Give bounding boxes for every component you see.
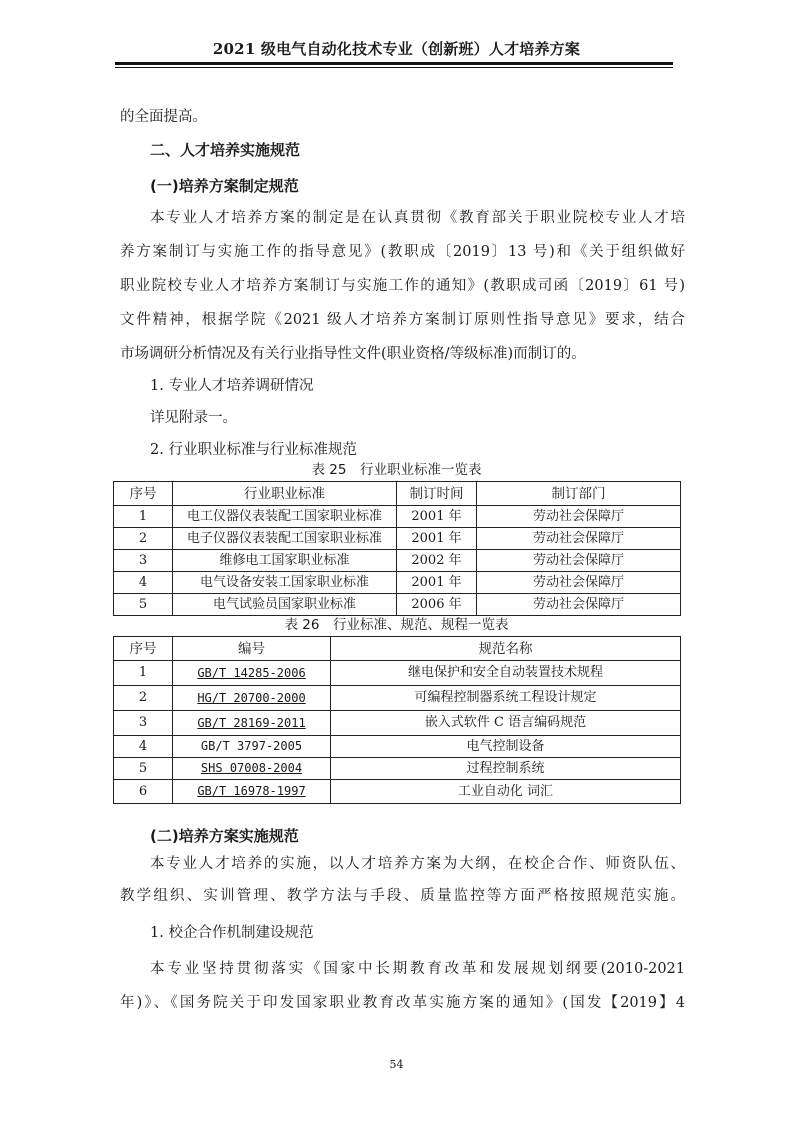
subsection-heading: (二)培养方案实施规范 bbox=[150, 826, 299, 846]
table-cell: 电工仪器仪表装配工国家职业标准 bbox=[173, 506, 397, 528]
table-cell: 继电保护和安全自动装置技术规程 bbox=[331, 661, 681, 686]
table-cell: 电气设备安装工国家职业标准 bbox=[173, 572, 397, 594]
standard-code[interactable]: GB/T 16978-1997 bbox=[197, 784, 305, 798]
list-item-heading: 2. 行业职业标准与行业标准规范 bbox=[150, 440, 357, 460]
subsection-heading: (一)培养方案制定规范 bbox=[150, 176, 299, 196]
table-row: 4 电气设备安装工国家职业标准 2001 年 劳动社会保障厅 bbox=[114, 572, 681, 594]
table-row: 2 电子仪器仪表装配工国家职业标准 2001 年 劳动社会保障厅 bbox=[114, 528, 681, 550]
paragraph-line: 养方案制订与实施工作的指导意见》(教职成〔2019〕13 号)和《关于组织做好 bbox=[120, 242, 685, 262]
table-row: 3 维修电工国家职业标准 2002 年 劳动社会保障厅 bbox=[114, 550, 681, 572]
list-item-heading: 1. 专业人才培养调研情况 bbox=[150, 376, 313, 396]
paragraph-line: 年)》、《国务院关于印发国家职业教育改革实施方案的通知》(国发【2019】4 bbox=[120, 993, 685, 1013]
standard-code-link[interactable]: HG/T 20700-2000 bbox=[173, 686, 331, 711]
table-row: 6 GB/T 16978-1997 工业自动化 词汇 bbox=[114, 780, 681, 804]
column-header: 序号 bbox=[114, 637, 173, 661]
table-cell: 嵌入式软件 C 语言编码规范 bbox=[331, 711, 681, 736]
paragraph-line: 本专业人才培养的实施，以人才培养方案为大纲，在校企合作、师资队伍、 bbox=[150, 854, 685, 874]
header-rule bbox=[115, 62, 673, 65]
table-cell: 维修电工国家职业标准 bbox=[173, 550, 397, 572]
table-row: 4 GB/T 3797-2005 电气控制设备 bbox=[114, 736, 681, 758]
table-cell: 劳动社会保障厅 bbox=[477, 506, 681, 528]
header-rule-thin bbox=[115, 67, 673, 68]
column-header: 规范名称 bbox=[331, 637, 681, 661]
standard-code[interactable]: HG/T 20700-2000 bbox=[197, 691, 305, 705]
column-header: 编号 bbox=[173, 637, 331, 661]
table-cell: 2002 年 bbox=[397, 550, 477, 572]
table-cell: 电气控制设备 bbox=[331, 736, 681, 758]
table-cell: 2006 年 bbox=[397, 594, 477, 616]
table-cell: 2001 年 bbox=[397, 572, 477, 594]
column-header: 制订部门 bbox=[477, 482, 681, 506]
table-cell: 4 bbox=[114, 572, 173, 594]
table-cell: 劳动社会保障厅 bbox=[477, 594, 681, 616]
column-header: 序号 bbox=[114, 482, 173, 506]
table-cell: GB/T 3797-2005 bbox=[173, 736, 331, 758]
paragraph-line: 市场调研分析情况及有关行业指导性文件(职业资格/等级标准)而制订的。 bbox=[120, 344, 685, 364]
table-cell: 劳动社会保障厅 bbox=[477, 550, 681, 572]
column-header: 行业职业标准 bbox=[173, 482, 397, 506]
table-row: 2 HG/T 20700-2000 可编程控制器系统工程设计规定 bbox=[114, 686, 681, 711]
standard-code[interactable]: SHS 07008-2004 bbox=[201, 761, 302, 775]
standard-code: GB/T 3797-2005 bbox=[201, 739, 302, 753]
industry-norms-table: 序号 编号 规范名称 1 GB/T 14285-2006 继电保护和安全自动装置… bbox=[113, 636, 681, 804]
table-row: 1 GB/T 14285-2006 继电保护和安全自动装置技术规程 bbox=[114, 661, 681, 686]
table-caption: 表 25 行业职业标准一览表 bbox=[0, 461, 793, 479]
standard-code-link[interactable]: GB/T 28169-2011 bbox=[173, 711, 331, 736]
occupational-standards-table: 序号 行业职业标准 制订时间 制订部门 1 电工仪器仪表装配工国家职业标准 20… bbox=[113, 481, 681, 616]
table-cell: 4 bbox=[114, 736, 173, 758]
table-cell: 过程控制系统 bbox=[331, 758, 681, 780]
page-number: 54 bbox=[0, 1058, 793, 1071]
table-cell: 2 bbox=[114, 528, 173, 550]
standard-code-link[interactable]: GB/T 14285-2006 bbox=[173, 661, 331, 686]
list-item-heading: 1. 校企合作机制建设规范 bbox=[150, 923, 313, 943]
table-cell: 5 bbox=[114, 758, 173, 780]
table-header-row: 序号 行业职业标准 制订时间 制订部门 bbox=[114, 482, 681, 506]
table-cell: 2 bbox=[114, 686, 173, 711]
table-cell: 3 bbox=[114, 550, 173, 572]
standard-code-link[interactable]: SHS 07008-2004 bbox=[173, 758, 331, 780]
table-cell: 1 bbox=[114, 506, 173, 528]
table-cell: 3 bbox=[114, 711, 173, 736]
table-cell: 劳动社会保障厅 bbox=[477, 528, 681, 550]
table-cell: 2001 年 bbox=[397, 528, 477, 550]
standard-code-link[interactable]: GB/T 16978-1997 bbox=[173, 780, 331, 804]
table-row: 3 GB/T 28169-2011 嵌入式软件 C 语言编码规范 bbox=[114, 711, 681, 736]
section-heading: 二、人才培养实施规范 bbox=[150, 140, 300, 160]
table-cell: 5 bbox=[114, 594, 173, 616]
table-cell: 工业自动化 词汇 bbox=[331, 780, 681, 804]
table-cell: 电子仪器仪表装配工国家职业标准 bbox=[173, 528, 397, 550]
table-cell: 6 bbox=[114, 780, 173, 804]
column-header: 制订时间 bbox=[397, 482, 477, 506]
page-header-title: 2021 级电气自动化技术专业（创新班）人才培养方案 bbox=[0, 38, 793, 59]
table-row: 5 SHS 07008-2004 过程控制系统 bbox=[114, 758, 681, 780]
continuation-text: 的全面提高。 bbox=[120, 107, 685, 127]
table-cell: 可编程控制器系统工程设计规定 bbox=[331, 686, 681, 711]
paragraph-line: 本专业人才培养方案的制定是在认真贯彻《教育部关于职业院校专业人才培 bbox=[150, 208, 685, 228]
paragraph-line: 本专业坚持贯彻落实《国家中长期教育改革和发展规划纲要(2010-2021 bbox=[150, 959, 685, 979]
paragraph-line: 职业院校专业人才培养方案制订与实施工作的通知》(教职成司函〔2019〕61 号) bbox=[120, 276, 685, 296]
standard-code[interactable]: GB/T 14285-2006 bbox=[197, 666, 305, 680]
table-cell: 电气试验员国家职业标准 bbox=[173, 594, 397, 616]
table-row: 5 电气试验员国家职业标准 2006 年 劳动社会保障厅 bbox=[114, 594, 681, 616]
table-cell: 劳动社会保障厅 bbox=[477, 572, 681, 594]
paragraph-line: 文件精神，根据学院《2021 级人才培养方案制订原则性指导意见》要求，结合 bbox=[120, 310, 685, 330]
table-cell: 2001 年 bbox=[397, 506, 477, 528]
standard-code[interactable]: GB/T 28169-2011 bbox=[197, 716, 305, 730]
table-row: 1 电工仪器仪表装配工国家职业标准 2001 年 劳动社会保障厅 bbox=[114, 506, 681, 528]
paragraph-line: 教学组织、实训管理、教学方法与手段、质量监控等方面严格按照规范实施。 bbox=[120, 886, 685, 906]
table-cell: 1 bbox=[114, 661, 173, 686]
table-caption: 表 26 行业标准、规范、规程一览表 bbox=[0, 616, 793, 634]
table-header-row: 序号 编号 规范名称 bbox=[114, 637, 681, 661]
list-item-text: 详见附录一。 bbox=[150, 408, 237, 428]
